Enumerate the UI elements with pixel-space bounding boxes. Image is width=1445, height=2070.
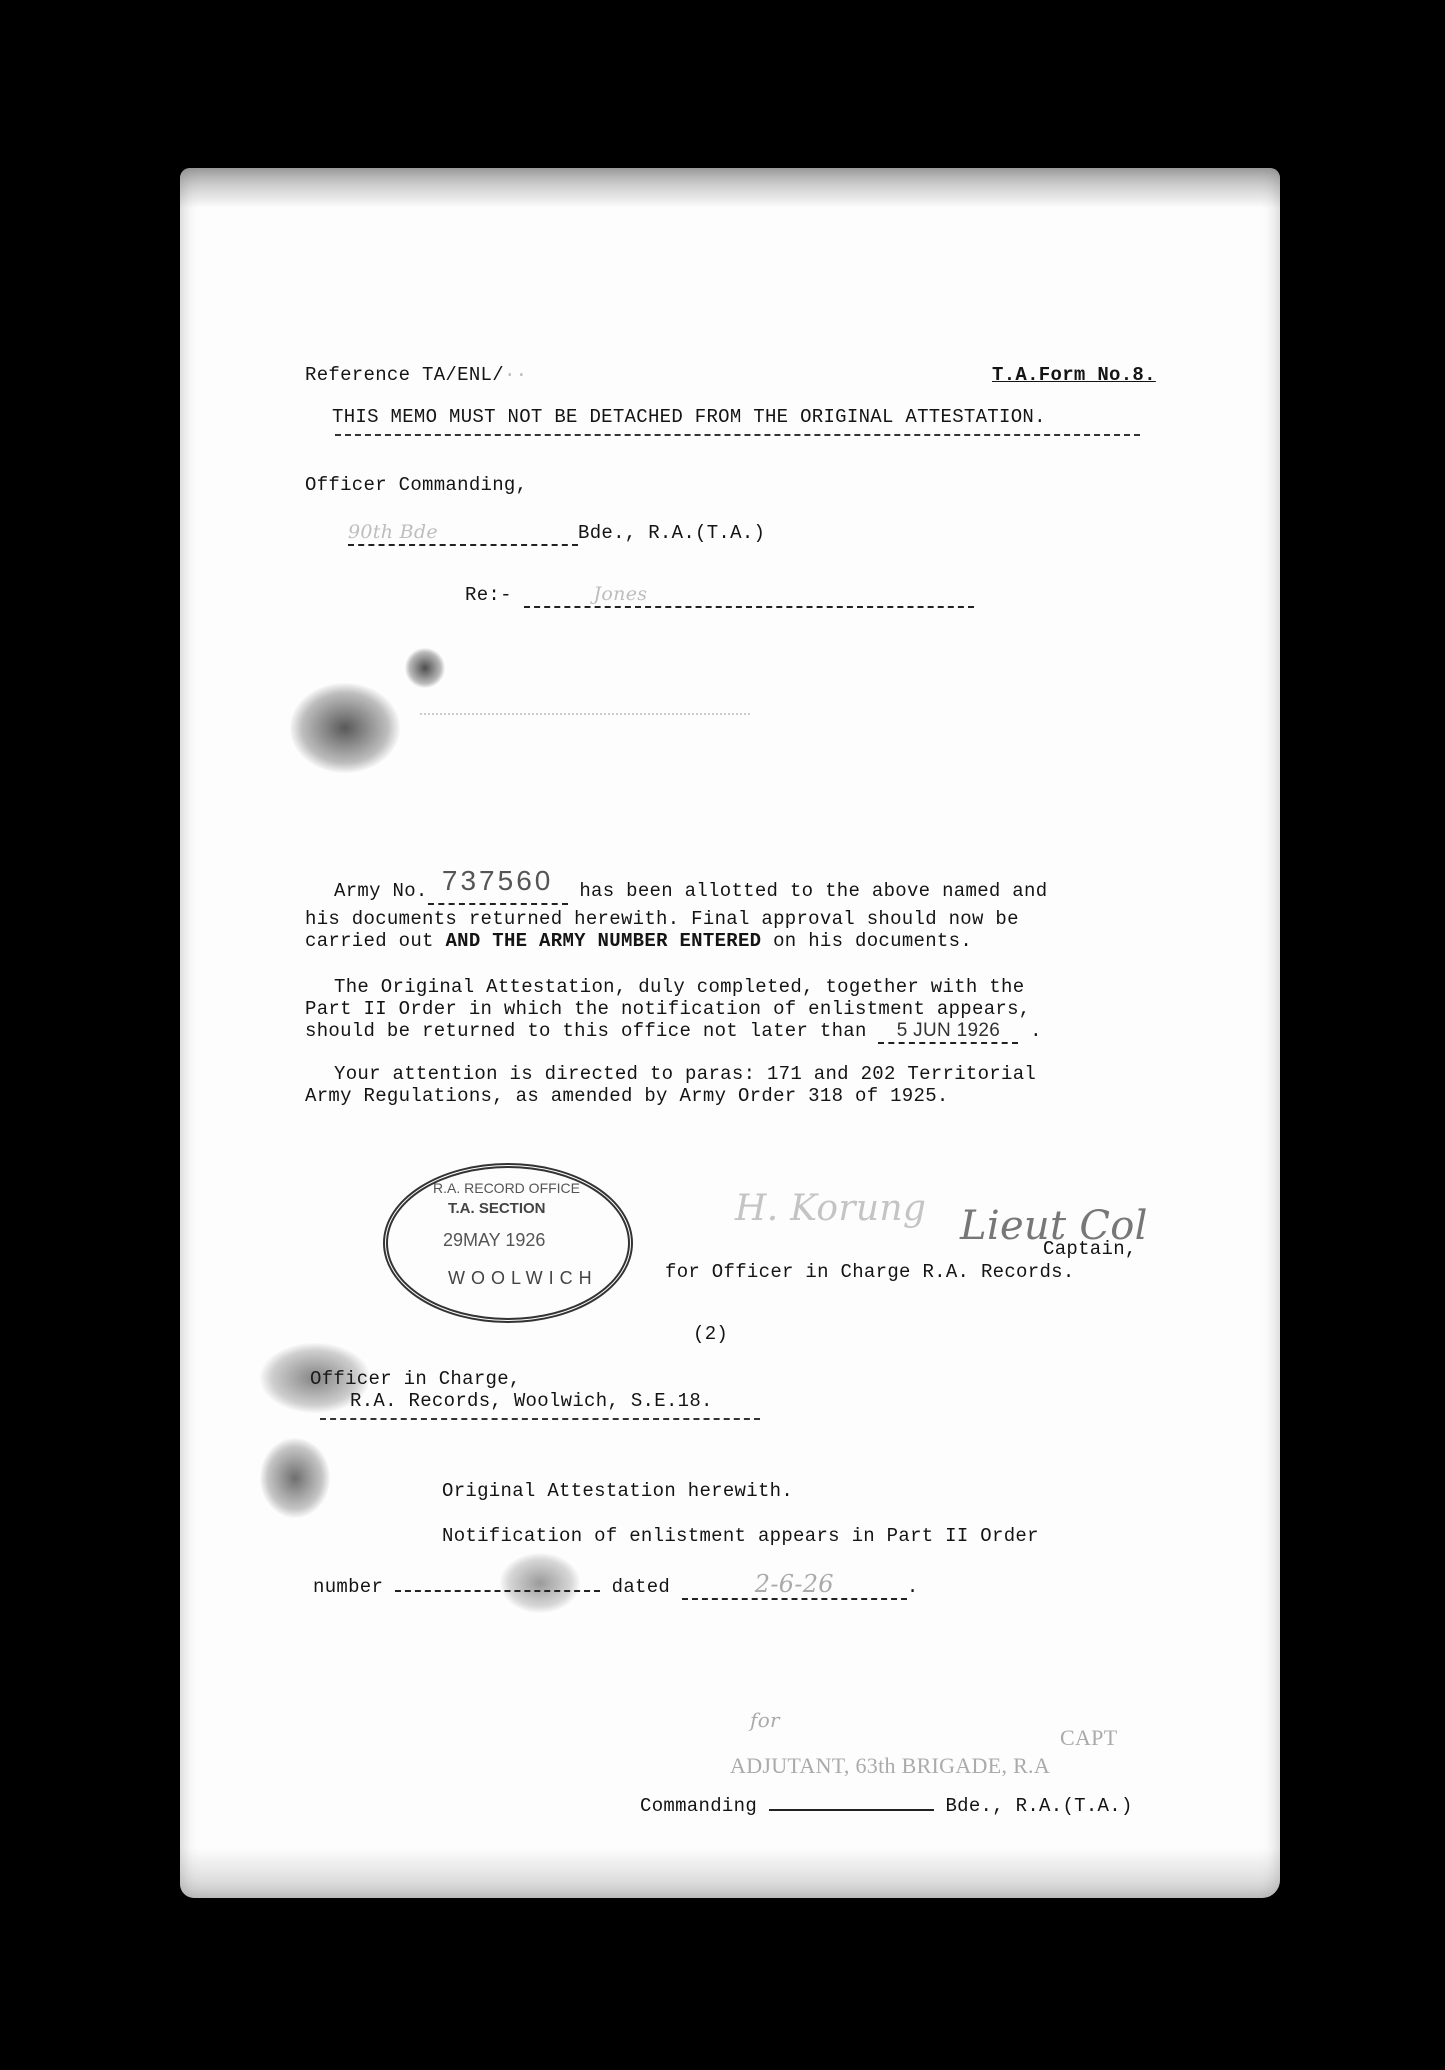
brigade-handwritten: 90th Bde: [348, 521, 438, 543]
for-officer-line: for Officer in Charge R.A. Records.: [665, 1261, 1075, 1283]
reference-line: Reference TA/ENL/··: [305, 364, 527, 386]
dated-field: 2-6-26: [682, 1570, 907, 1600]
para2-line2: Part II Order in which the notification …: [305, 998, 1031, 1020]
addressee-line: Officer Commanding,: [305, 474, 527, 496]
stamp-date: 29MAY 1926: [443, 1230, 545, 1251]
para1-line2: his documents returned herewith. Final a…: [305, 908, 1019, 930]
brigade-line: 90th BdeBde., R.A.(T.A.): [348, 521, 765, 546]
stamp-outer-text: R.A. RECORD OFFICE: [433, 1180, 580, 1196]
army-number-field: 737560: [428, 871, 568, 905]
para3-line1: Your attention is directed to paras: 171…: [334, 1063, 1036, 1085]
rank-typed: Captain,: [1043, 1238, 1137, 1260]
dated-label: dated: [612, 1576, 671, 1598]
number-label: number: [313, 1576, 383, 1598]
dated-handwritten: 2-6-26: [755, 1570, 834, 1598]
commanding-label: Commanding: [640, 1795, 757, 1817]
para1-line3-a: carried out: [305, 930, 445, 952]
form-number: T.A.Form No.8.: [992, 364, 1156, 386]
return-address-underline: [320, 1418, 760, 1420]
warning-underline: [335, 434, 1140, 436]
records-office-stamp: R.A. RECORD OFFICE T.A. SECTION 29MAY 19…: [383, 1163, 633, 1323]
commanding-field: [769, 1809, 934, 1811]
reply-number-line: number dated 2-6-26.: [313, 1570, 919, 1600]
para1-line3-c: on his documents.: [761, 930, 972, 952]
adjutant-stamp: ADJUTANT, 63th BRIGADE, R.A: [730, 1753, 1050, 1779]
brigade-field: 90th Bde: [348, 521, 578, 546]
adjutant-rank-stamp: CAPT: [1060, 1725, 1117, 1751]
para1-line1-rest: has been allotted to the above named and: [579, 880, 1047, 902]
para1-line3-emphasis: AND THE ARMY NUMBER ENTERED: [445, 930, 761, 952]
deadline-stamp: 5 JUN 1926: [897, 1020, 1000, 1041]
document-page: Reference TA/ENL/·· T.A.Form No.8. THIS …: [180, 168, 1280, 1898]
signature-handwritten: H. Korung: [735, 1188, 926, 1229]
ink-smudge: [260, 1343, 370, 1413]
for-handwritten: for: [750, 1708, 780, 1732]
re-field: Jones: [524, 583, 974, 608]
stamp-inner-text: T.A. SECTION: [448, 1200, 546, 1217]
army-number-label: Army No.: [334, 880, 428, 902]
reference-text: Reference TA/ENL/: [305, 364, 504, 386]
para2-line3: should be returned to this office not la…: [305, 1020, 1042, 1044]
army-number-value: 737560: [442, 865, 553, 896]
reply-line1: Original Attestation herewith.: [442, 1480, 793, 1502]
para1-line3: carried out AND THE ARMY NUMBER ENTERED …: [305, 930, 972, 952]
faded-handwriting: [420, 713, 750, 715]
army-number-line: Army No.737560 has been allotted to the …: [334, 871, 1047, 905]
re-handwritten: Jones: [594, 583, 648, 605]
deadline-field: 5 JUN 1926: [878, 1020, 1018, 1044]
ink-smudge: [290, 683, 400, 773]
brigade-suffix: Bde., R.A.(T.A.): [578, 522, 765, 544]
return-address-line2: R.A. Records, Woolwich, S.E.18.: [350, 1390, 713, 1412]
re-line: Re:- Jones: [465, 583, 974, 608]
para2-line1: The Original Attestation, duly completed…: [334, 976, 1024, 998]
ink-smudge: [405, 648, 445, 688]
re-label: Re:-: [465, 584, 512, 606]
ink-smudge: [500, 1553, 580, 1613]
reply-line2: Notification of enlistment appears in Pa…: [442, 1525, 1039, 1547]
para3-line2: Army Regulations, as amended by Army Ord…: [305, 1085, 949, 1107]
commanding-line: Commanding Bde., R.A.(T.A.): [640, 1795, 1133, 1817]
warning-heading: THIS MEMO MUST NOT BE DETACHED FROM THE …: [332, 406, 1046, 428]
stamp-bottom-text: WOOLWICH: [448, 1268, 598, 1289]
part-two-marker: (2): [693, 1323, 728, 1345]
ink-smudge: [260, 1438, 330, 1518]
commanding-suffix: Bde., R.A.(T.A.): [945, 1795, 1132, 1817]
reference-faint-mark: ··: [504, 364, 527, 386]
para2-line3-text: should be returned to this office not la…: [305, 1020, 867, 1042]
